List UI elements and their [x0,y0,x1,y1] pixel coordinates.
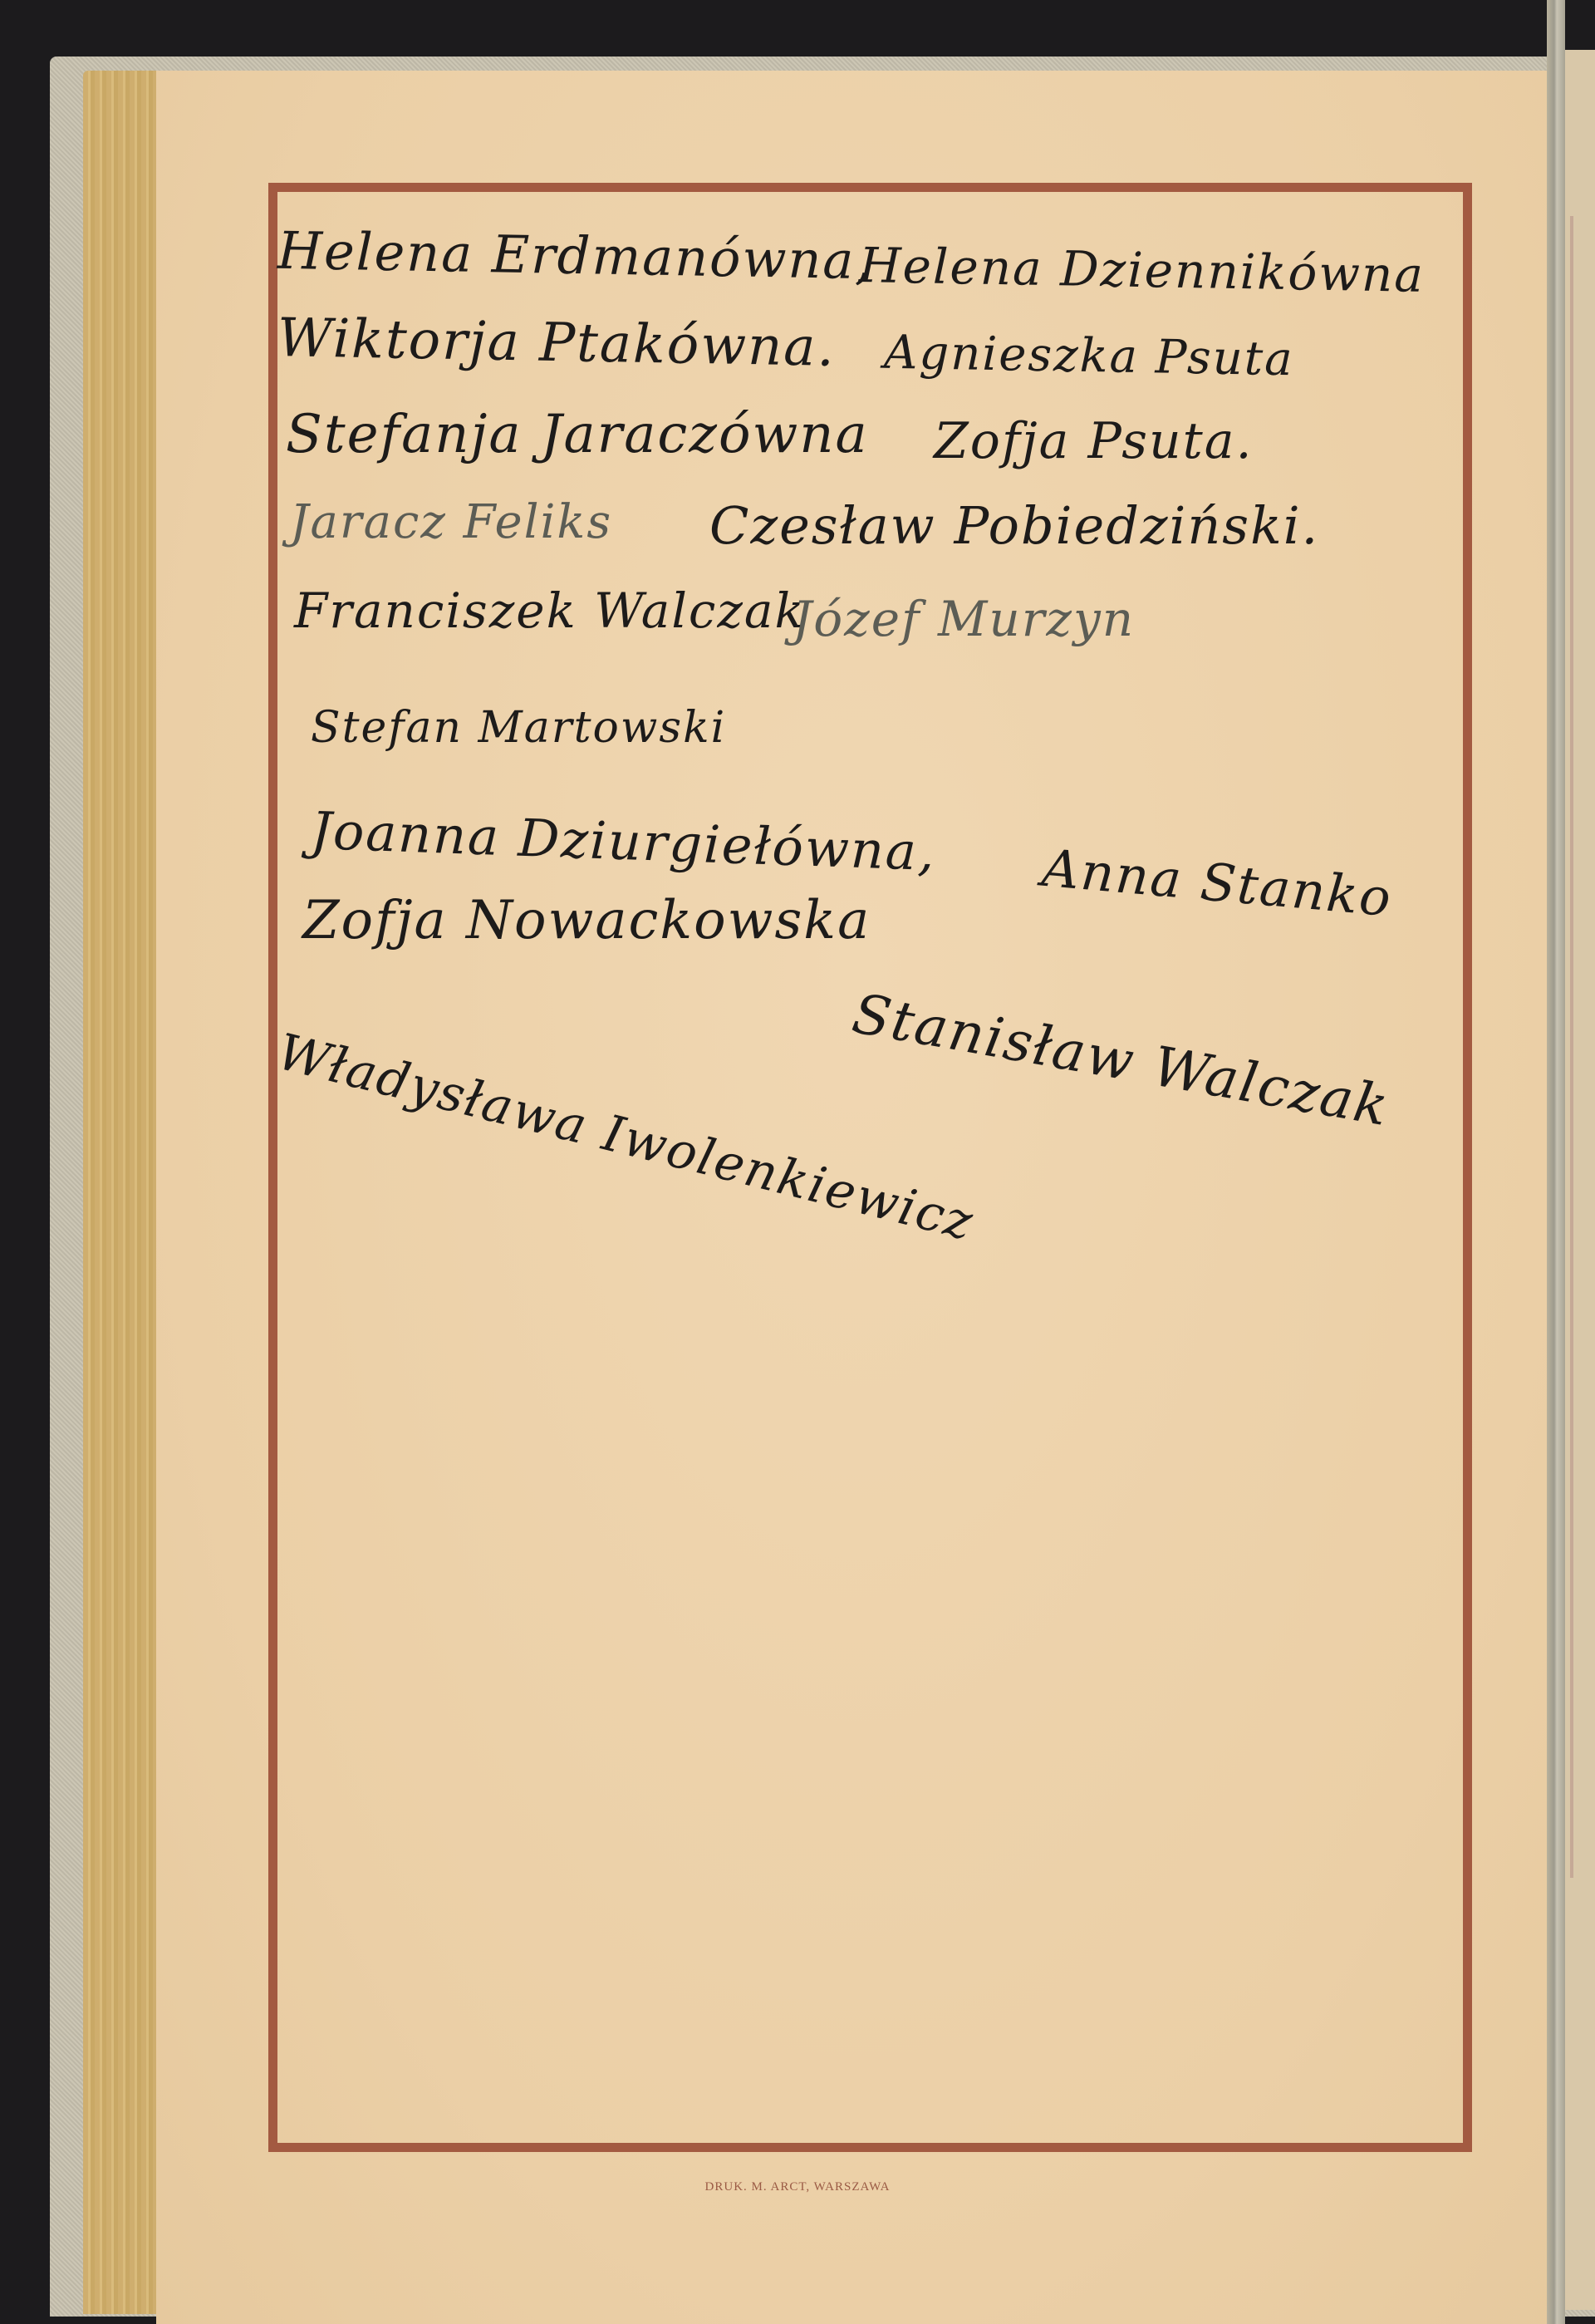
signature: Stefan Martowski [311,703,726,753]
signature: Helena Erdmanówna, [277,220,873,292]
signature: Wiktorja Ptakówna. [277,307,836,379]
signature: Zofja Nowackowska [302,890,871,951]
signature: Helena Dziennikówna [858,237,1425,303]
page-frame-border: Helena Erdmanówna, Helena Dziennikówna W… [268,183,1472,2152]
signature: Władysława Iwolenkiewicz [272,1023,979,1252]
signature: Joanna Dziurgiełówna, [310,800,937,882]
signature: Agnieszka Psuta [883,326,1294,387]
signature: Zofja Psuta. [934,412,1254,470]
printer-imprint: DRUK. M. ARCT, WARSZAWA [0,2180,1595,2194]
page-edges [83,71,156,2314]
signature: Stanisław Walczak [848,981,1395,1138]
next-page-fragment [1565,50,1595,2310]
next-page-frame-fragment [1570,216,1595,1878]
signature: Franciszek Walczak [294,582,806,639]
signature: Anna Stanko [1040,838,1395,929]
signature: Jaracz Feliks [290,495,612,549]
book-gutter [1547,0,1565,2324]
signatures-area: Helena Erdmanówna, Helena Dziennikówna W… [277,192,1463,2143]
signature: Józef Murzyn [793,591,1135,647]
signature: Stefanja Jaraczówna [286,404,869,465]
signature: Czesław Pobiedziński. [709,495,1319,556]
